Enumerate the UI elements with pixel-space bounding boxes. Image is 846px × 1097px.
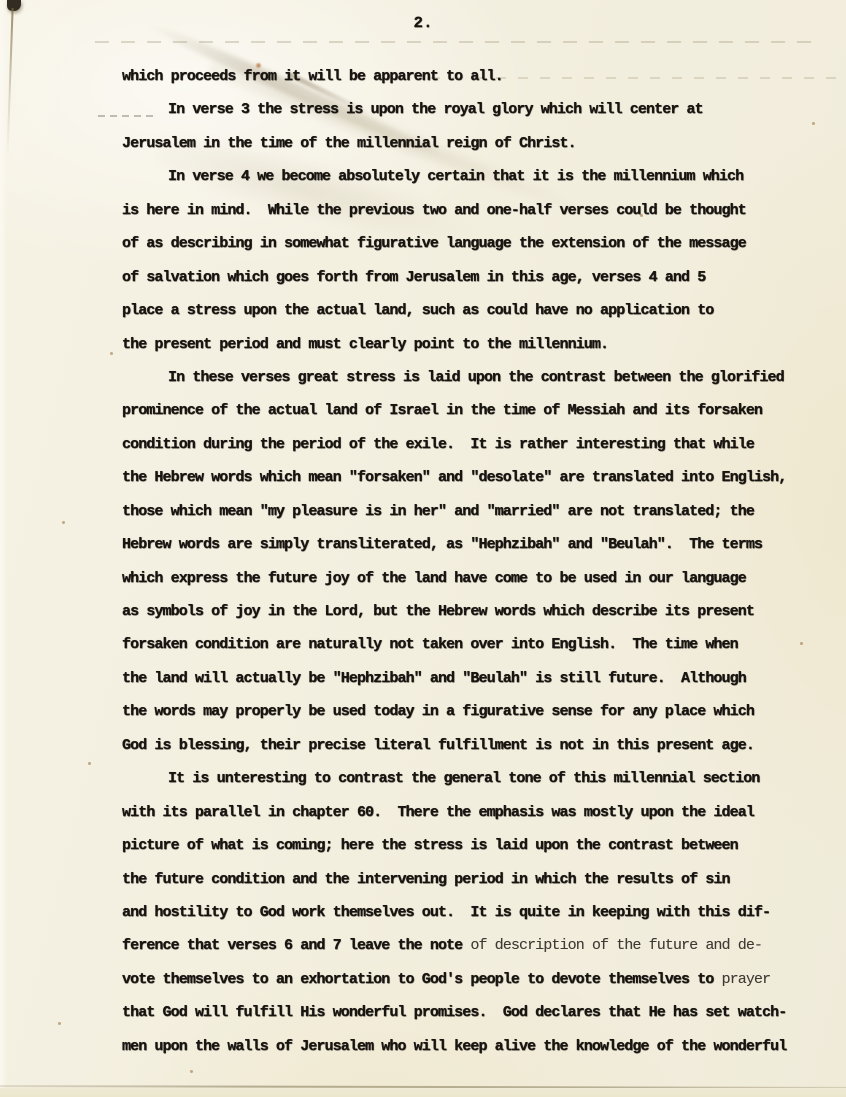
paper-speckle — [190, 1070, 193, 1073]
paper-speckle — [110, 352, 113, 355]
typed-line-light-text: prayer — [722, 971, 771, 988]
typed-line-text: of as describing in somewhat figurative … — [122, 235, 746, 252]
typed-line-text: those which mean "my pleasure is in her"… — [122, 503, 754, 520]
typed-line: picture of what is coming; here the stre… — [122, 829, 822, 862]
typed-line-text: prominence of the actual land of Israel … — [122, 402, 762, 419]
typed-line: Hebrew words are simply transliterated, … — [122, 528, 822, 561]
paper-speckle — [58, 1022, 61, 1025]
typed-line: Jerusalem in the time of the millennial … — [122, 127, 822, 160]
typed-line: place a stress upon the actual land, suc… — [122, 294, 822, 327]
typed-line: vote themselves to an exhortation to God… — [122, 963, 822, 996]
typed-line-text: Jerusalem in the time of the millennial … — [122, 135, 576, 152]
page-number: 2. — [0, 14, 846, 32]
typed-line: In verse 4 we become absolutely certain … — [122, 160, 822, 193]
typed-line: is here in mind. While the previous two … — [122, 194, 822, 227]
typed-line-text: that God will fulfill His wonderful prom… — [122, 1004, 786, 1021]
typed-line: that God will fulfill His wonderful prom… — [122, 996, 822, 1029]
typed-line-text: In verse 3 the stress is upon the royal … — [168, 101, 703, 118]
typed-line-text: In these verses great stress is laid upo… — [168, 369, 784, 386]
binding-corner-mark — [7, 0, 21, 11]
typed-line-text: In verse 4 we become absolutely certain … — [168, 168, 743, 185]
typed-line: with its parallel in chapter 60. There t… — [122, 796, 822, 829]
typed-line: of salvation which goes forth from Jerus… — [122, 261, 822, 294]
typed-line-text: and hostility to God work themselves out… — [122, 904, 770, 921]
typed-line-text: the land will actually be "Hephzibah" an… — [122, 670, 746, 687]
typed-line: condition during the period of the exile… — [122, 428, 822, 461]
typed-line-text: which proceeds from it will be apparent … — [122, 68, 503, 85]
typed-line: the Hebrew words which mean "forsaken" a… — [122, 461, 822, 494]
typed-line-text: with its parallel in chapter 60. There t… — [122, 804, 754, 821]
typed-line-text: Hebrew words are simply transliterated, … — [122, 536, 762, 553]
typed-line-text: men upon the walls of Jerusalem who will… — [122, 1038, 786, 1055]
typed-line-text: God is blessing, their precise literal f… — [122, 737, 754, 754]
typed-line: of as describing in somewhat figurative … — [122, 227, 822, 260]
typed-line-text: It is unteresting to contrast the genera… — [168, 770, 759, 787]
typed-line: the present period and must clearly poin… — [122, 328, 822, 361]
paper-crease — [95, 41, 815, 43]
typed-line-text: the words may properly be used today in … — [122, 703, 754, 720]
typed-line-text: condition during the period of the exile… — [122, 436, 754, 453]
typed-line-text: of salvation which goes forth from Jerus… — [122, 269, 705, 286]
typed-line: the future condition and the intervening… — [122, 863, 822, 896]
typed-line-text: forsaken condition are naturally not tak… — [122, 636, 738, 653]
typed-line: forsaken condition are naturally not tak… — [122, 628, 822, 661]
typed-line: the words may properly be used today in … — [122, 695, 822, 728]
typed-line: which proceeds from it will be apparent … — [122, 60, 822, 93]
typed-line-text: which express the future joy of the land… — [122, 570, 746, 587]
typed-line: which express the future joy of the land… — [122, 562, 822, 595]
scanned-page: 2. which proceeds from it will be appare… — [0, 0, 846, 1097]
typed-line: men upon the walls of Jerusalem who will… — [122, 1030, 822, 1063]
typed-line: ference that verses 6 and 7 leave the no… — [122, 929, 822, 962]
typed-line-text: the future condition and the intervening… — [122, 871, 730, 888]
typed-line-text: picture of what is coming; here the stre… — [122, 837, 738, 854]
paper-left-edge — [0, 0, 7, 1097]
typed-line-text: as symbols of joy in the Lord, but the H… — [122, 603, 754, 620]
typed-line: prominence of the actual land of Israel … — [122, 394, 822, 427]
typed-line: God is blessing, their precise literal f… — [122, 729, 822, 762]
typed-line-light-text: of description of the future and de- — [470, 937, 762, 954]
typed-line-text: vote themselves to an exhortation to God… — [122, 971, 722, 988]
typed-line: In verse 3 the stress is upon the royal … — [122, 93, 822, 126]
typed-line-text: the present period and must clearly poin… — [122, 336, 608, 353]
typed-line: the land will actually be "Hephzibah" an… — [122, 662, 822, 695]
typed-line-text: ference that verses 6 and 7 leave the no… — [122, 937, 470, 954]
typed-text: which proceeds from it will be apparent … — [122, 60, 822, 1063]
typed-line-text: place a stress upon the actual land, suc… — [122, 302, 713, 319]
paper-speckle — [62, 521, 65, 524]
typed-line: It is unteresting to contrast the genera… — [122, 762, 822, 795]
typed-line: In these verses great stress is laid upo… — [122, 361, 822, 394]
paper-bottom-strip — [0, 1088, 846, 1097]
typed-line: those which mean "my pleasure is in her"… — [122, 495, 822, 528]
paper-speckle — [88, 762, 91, 765]
typed-line-text: is here in mind. While the previous two … — [122, 202, 746, 219]
typed-line: as symbols of joy in the Lord, but the H… — [122, 595, 822, 628]
typed-line-text: the Hebrew words which mean "forsaken" a… — [122, 469, 786, 486]
typed-line: and hostility to God work themselves out… — [122, 896, 822, 929]
